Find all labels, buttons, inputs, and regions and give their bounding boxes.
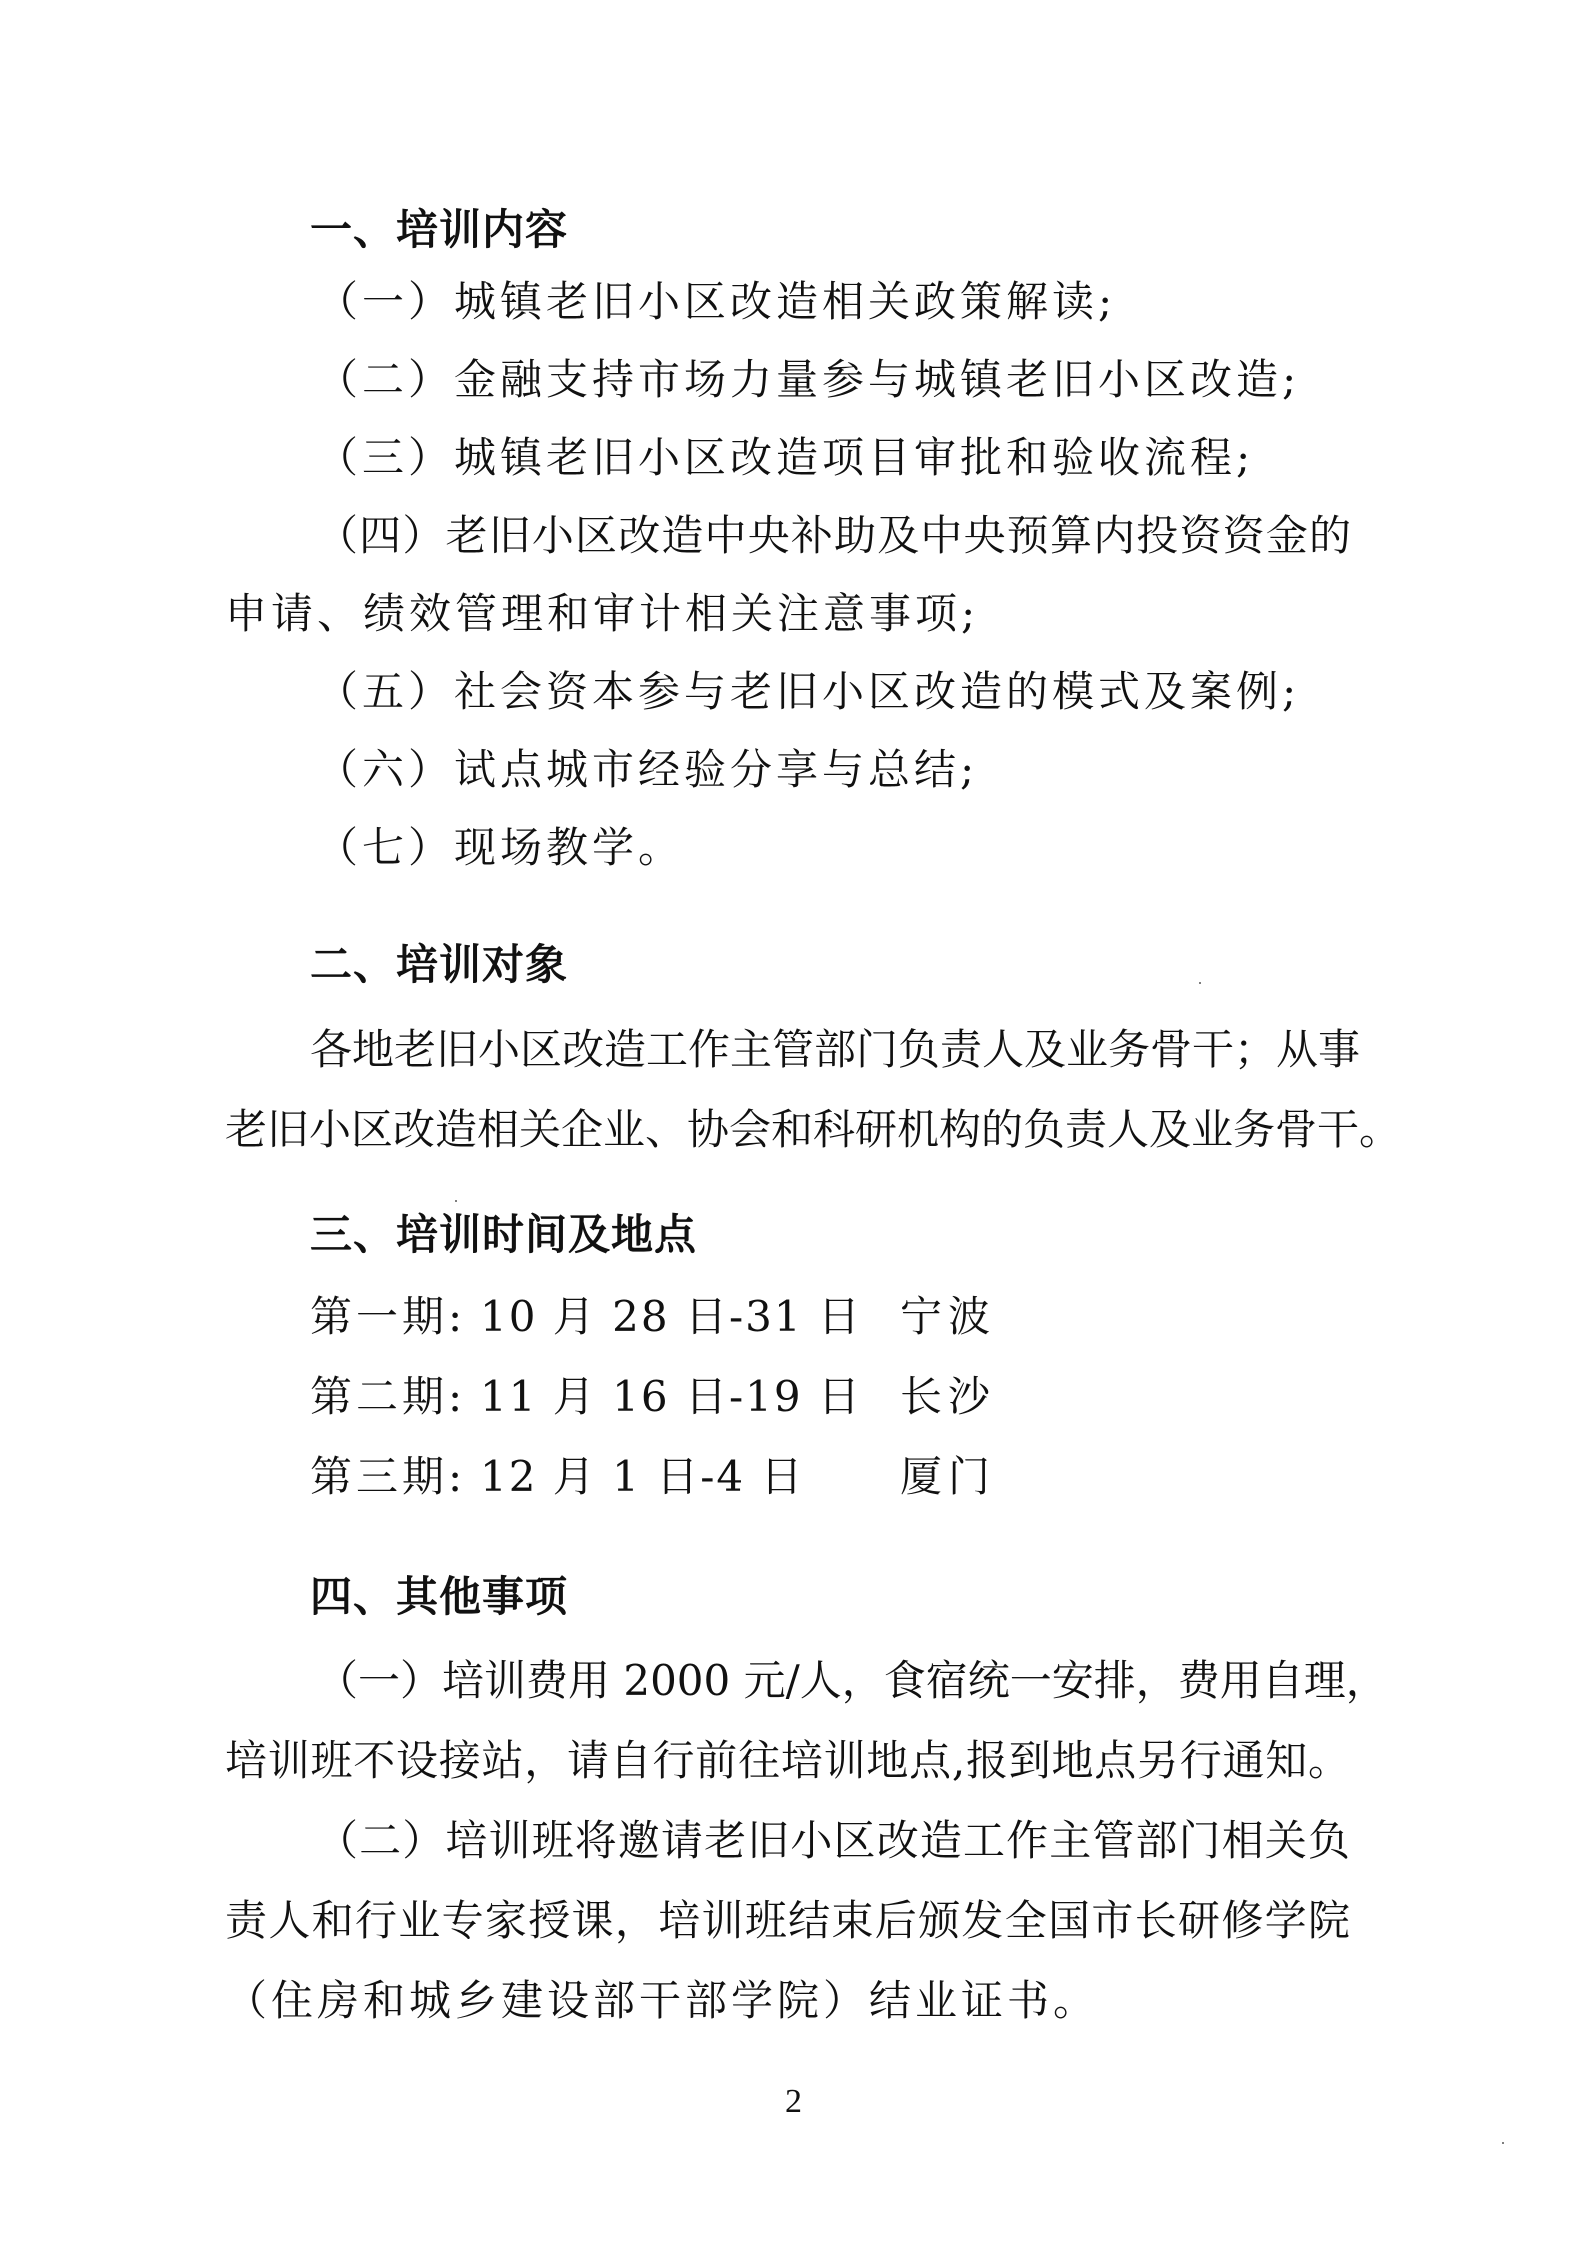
list-item-financial-support: （二）金融支持市场力量参与城镇老旧小区改造; <box>316 355 1300 405</box>
other-matters-certificate-line-1: （二）培训班将邀请老旧小区改造工作主管部门相关负 <box>316 1816 1350 1866</box>
page-number: 2 <box>0 2082 1587 2122</box>
schedule-dates: 11 月 16 日-19 日 <box>480 1372 900 1422</box>
list-item-central-subsidy: （四）老旧小区改造中央补助及中央预算内投资资金的 <box>316 511 1351 561</box>
section-heading-other-matters: 四、其他事项 <box>310 1572 568 1622</box>
list-item-field-teaching: （七）现场教学。 <box>316 823 684 873</box>
schedule-dates: 12 月 1 日-4 日 <box>480 1452 900 1502</box>
list-item-central-subsidy-continued: 申请、绩效管理和审计相关注意事项; <box>225 589 979 639</box>
schedule-row: 第一期:10 月 28 日-31 日宁波 <box>310 1292 996 1342</box>
schedule-period: 第三期: <box>310 1452 480 1502</box>
section-heading-training-content: 一、培训内容 <box>310 205 568 255</box>
schedule-period: 第一期: <box>310 1292 480 1342</box>
list-item-policy-interpretation: （一）城镇老旧小区改造相关政策解读; <box>316 277 1116 327</box>
schedule-city: 长沙 <box>900 1372 996 1422</box>
other-matters-certificate-line-2: 责人和行业专家授课，培训班结束后颁发全国市长研修学院 <box>225 1896 1350 1946</box>
audience-paragraph-line-1: 各地老旧小区改造工作主管部门负责人及业务骨干；从事 <box>310 1025 1350 1075</box>
schedule-row: 第三期:12 月 1 日-4 日厦门 <box>310 1452 996 1502</box>
document-page: 一、培训内容 （一）城镇老旧小区改造相关政策解读; （二）金融支持市场力量参与城… <box>0 0 1587 2245</box>
schedule-period: 第二期: <box>310 1372 480 1422</box>
schedule-dates: 10 月 28 日-31 日 <box>480 1292 900 1342</box>
other-matters-fee-line-1: （一）培训费用 2000 元/人，食宿统一安排，费用自理， <box>316 1656 1350 1706</box>
scan-speck <box>1502 2142 1504 2144</box>
list-item-pilot-city-experience: （六）试点城市经验分享与总结; <box>316 745 978 795</box>
audience-paragraph-line-2: 老旧小区改造相关企业、协会和科研机构的负责人及业务骨干。 <box>225 1105 1350 1155</box>
schedule-city: 厦门 <box>900 1452 996 1502</box>
section-heading-training-audience: 二、培训对象 <box>310 940 568 990</box>
scan-speck <box>455 1200 457 1202</box>
schedule-row: 第二期:11 月 16 日-19 日长沙 <box>310 1372 996 1422</box>
scan-speck <box>1199 982 1201 984</box>
schedule-city: 宁波 <box>900 1292 996 1342</box>
other-matters-certificate-line-3: （住房和城乡建设部干部学院）结业证书。 <box>225 1976 1099 2026</box>
other-matters-fee-line-2: 培训班不设接站，请自行前往培训地点,报到地点另行通知。 <box>225 1736 1350 1786</box>
list-item-social-capital: （五）社会资本参与老旧小区改造的模式及案例; <box>316 667 1300 717</box>
section-heading-time-and-location: 三、培训时间及地点 <box>310 1210 697 1260</box>
list-item-approval-process: （三）城镇老旧小区改造项目审批和验收流程; <box>316 433 1254 483</box>
